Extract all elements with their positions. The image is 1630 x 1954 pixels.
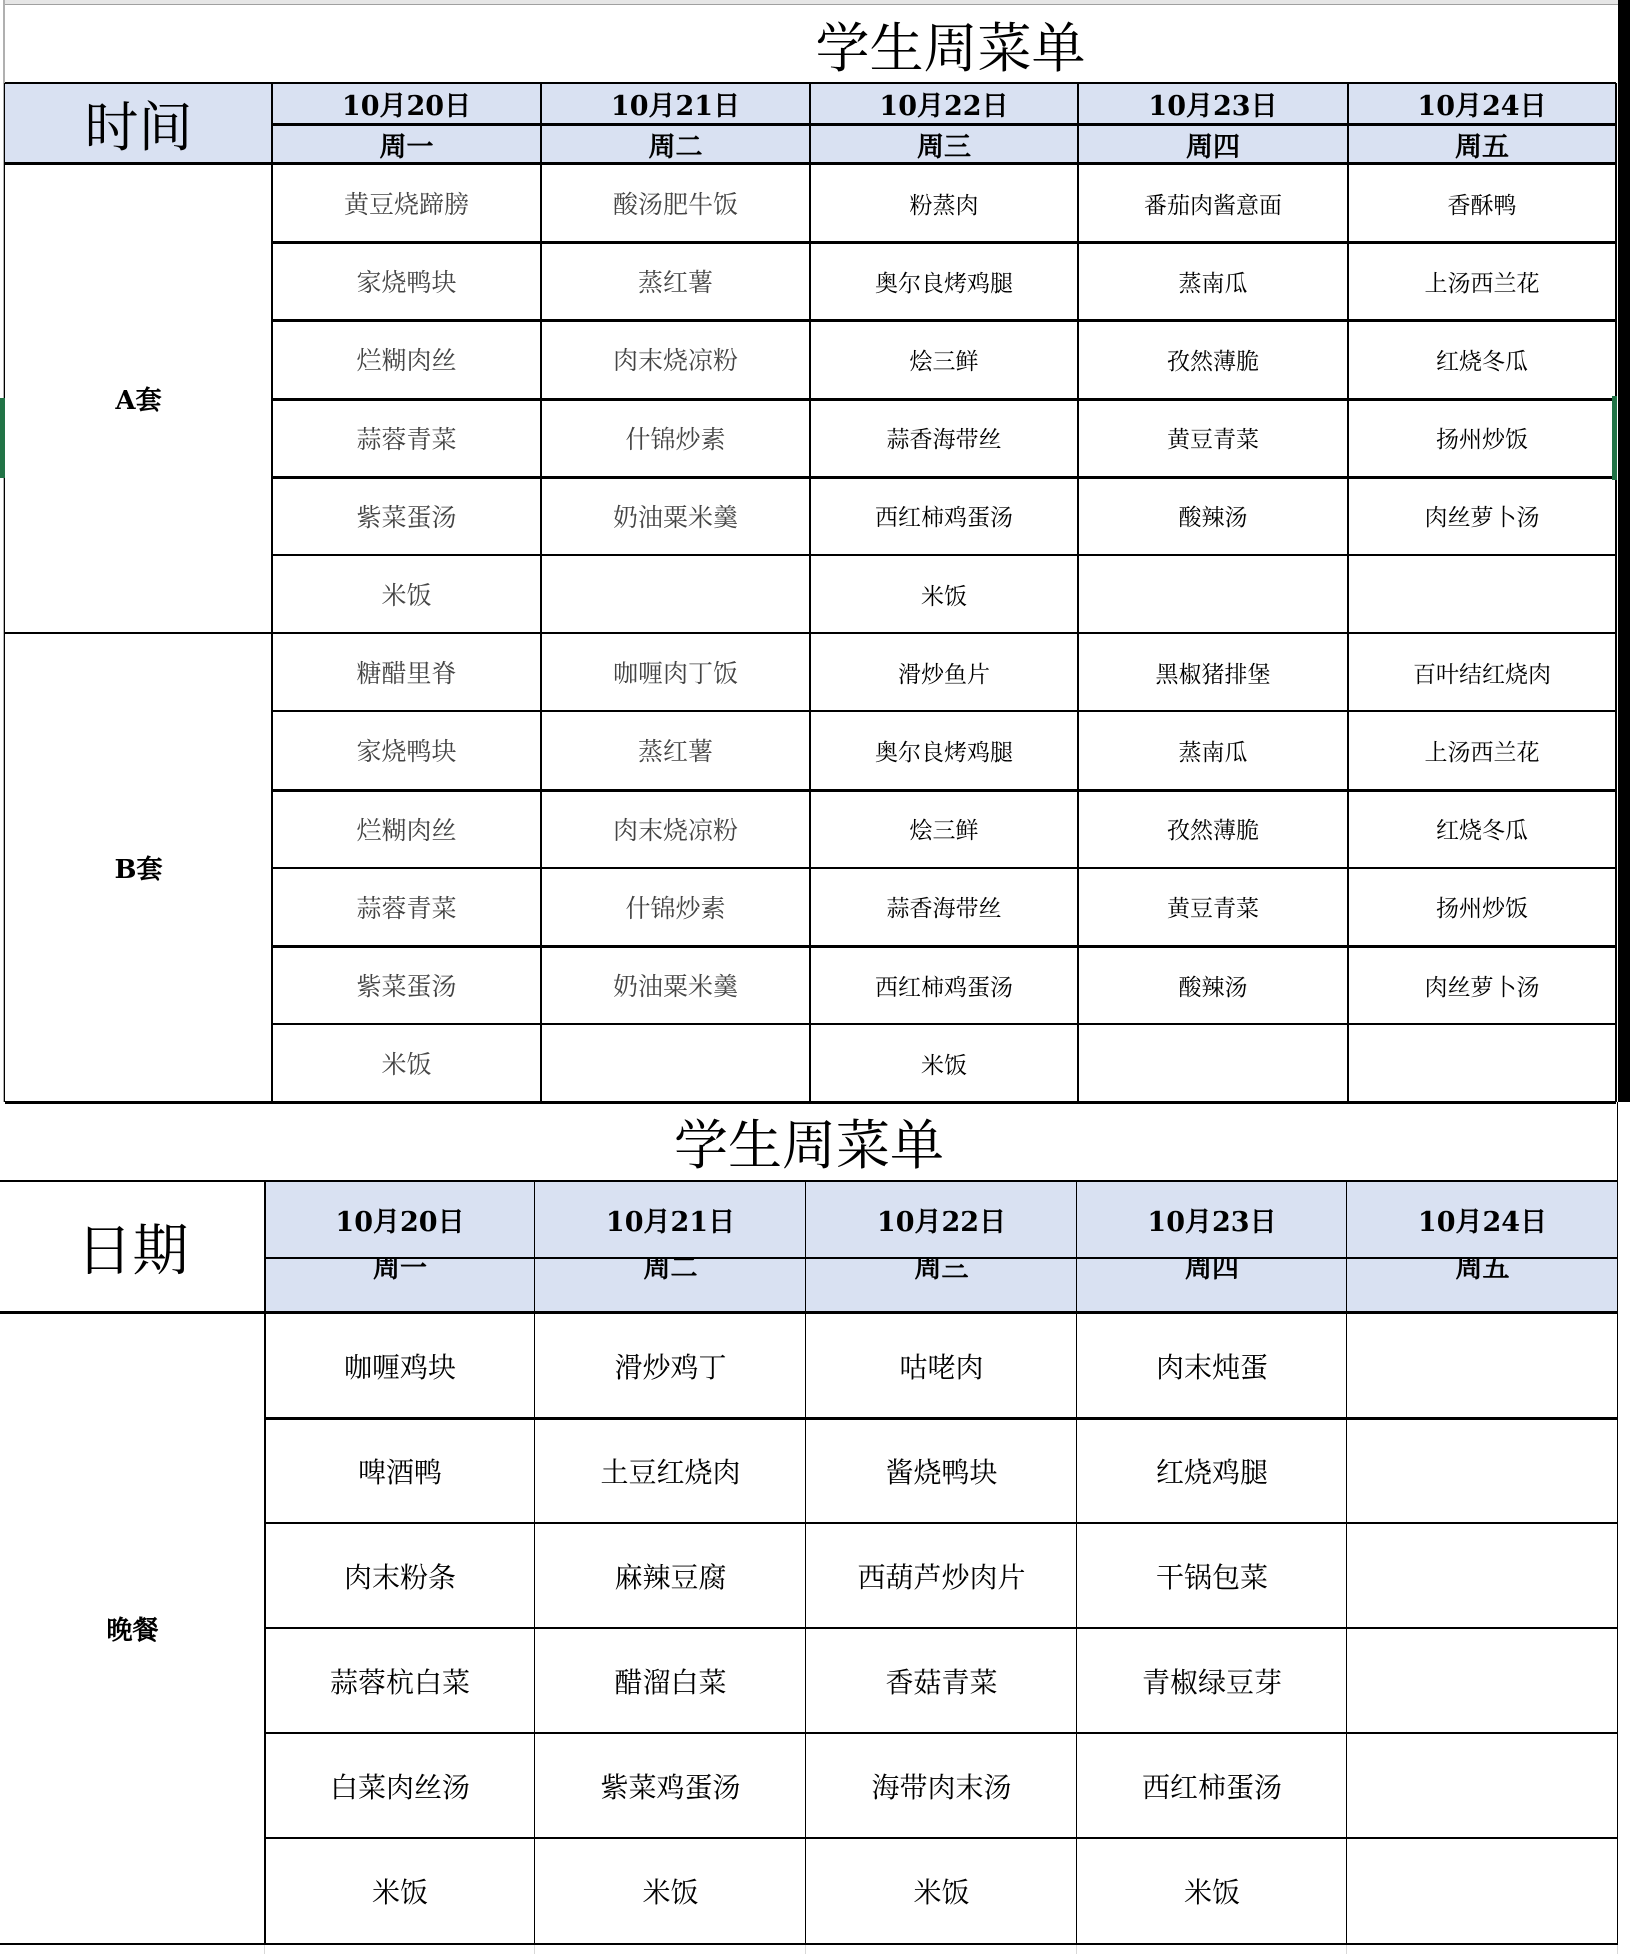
- date-header: 10月23日: [1077, 1180, 1347, 1258]
- menu-cell[interactable]: 蒜香海带丝: [810, 868, 1078, 946]
- menu-cell[interactable]: 烩三鲜: [810, 320, 1078, 398]
- menu-cell[interactable]: 肉末炖蛋: [1077, 1313, 1347, 1418]
- menu-cell[interactable]: 酸辣汤: [1078, 946, 1348, 1024]
- grid-line: [265, 1522, 1618, 1524]
- menu-cell[interactable]: [1078, 555, 1348, 633]
- weekday-header: 周一: [272, 124, 541, 164]
- weekday-label: 周五: [1456, 1258, 1510, 1285]
- menu-cell[interactable]: 麻辣豆腐: [535, 1523, 806, 1628]
- grid-line: [1077, 83, 1079, 1102]
- menu-cell[interactable]: 孜然薄脆: [1078, 320, 1348, 398]
- menu-cell[interactable]: 家烧鸭块: [272, 711, 541, 789]
- menu-cell[interactable]: 香菇青菜: [806, 1628, 1077, 1733]
- menu-cell[interactable]: 米饭: [272, 1024, 541, 1102]
- menu-cell[interactable]: 米饭: [535, 1838, 806, 1943]
- weekday-header: 周一: [265, 1258, 535, 1313]
- menu-cell[interactable]: 蒜蓉杭白菜: [265, 1628, 535, 1733]
- menu-cell[interactable]: [1347, 1838, 1618, 1943]
- menu-cell[interactable]: 肉末粉条: [265, 1523, 535, 1628]
- grid-line: [272, 319, 1616, 322]
- menu-cell[interactable]: 什锦炒素: [541, 399, 810, 477]
- weekday-header: 周五: [1347, 1258, 1618, 1313]
- grid-line: [1615, 83, 1617, 1102]
- menu-cell[interactable]: [1347, 1313, 1618, 1418]
- grid-line: [265, 1257, 1618, 1259]
- menu-cell[interactable]: 紫菜蛋汤: [272, 946, 541, 1024]
- date-header: 10月21日: [535, 1180, 806, 1258]
- menu-cell[interactable]: 糖醋里脊: [272, 633, 541, 711]
- menu-cell[interactable]: 番茄肉酱意面: [1078, 164, 1348, 242]
- menu-cell[interactable]: 海带肉末汤: [806, 1733, 1077, 1838]
- menu-cell[interactable]: 西葫芦炒肉片: [806, 1523, 1077, 1628]
- date-header-cell: 日期: [0, 1180, 265, 1313]
- menu-cell[interactable]: 烩三鲜: [810, 790, 1078, 868]
- menu-cell[interactable]: 烂糊肉丝: [272, 790, 541, 868]
- menu-cell[interactable]: 滑炒鸡丁: [535, 1313, 806, 1418]
- menu-cell[interactable]: 蒸红薯: [541, 242, 810, 320]
- menu-cell[interactable]: 奥尔良烤鸡腿: [810, 711, 1078, 789]
- grid-line: [272, 554, 1616, 556]
- menu-cell[interactable]: 上汤西兰花: [1348, 242, 1616, 320]
- menu-cell[interactable]: 啤酒鸭: [265, 1418, 535, 1523]
- grid-line: [272, 710, 1616, 712]
- menu-cell[interactable]: 米饭: [265, 1838, 535, 1943]
- grid-line: [1346, 1180, 1347, 1943]
- weekday-label: 周一: [373, 1258, 427, 1285]
- date-header: 10月20日: [265, 1180, 535, 1258]
- menu-cell[interactable]: 酸辣汤: [1078, 477, 1348, 555]
- grid-line: [1346, 1945, 1347, 1954]
- menu-cell[interactable]: 蒸红薯: [541, 711, 810, 789]
- grid-line: [264, 1180, 266, 1943]
- grid-line: [540, 83, 542, 1102]
- menu-cell[interactable]: 咕咾肉: [806, 1313, 1077, 1418]
- window-edge: [1618, 0, 1630, 1102]
- weekday-header: 周四: [1078, 124, 1348, 164]
- menu-cell[interactable]: 蒸南瓜: [1078, 242, 1348, 320]
- menu-cell[interactable]: 醋溜白菜: [535, 1628, 806, 1733]
- grid-line: [272, 476, 1616, 479]
- date-header: 10月22日: [810, 83, 1078, 124]
- grid-line: [272, 945, 1616, 948]
- menu-cell[interactable]: 蒜蓉青菜: [272, 399, 541, 477]
- grid-line: [272, 1023, 1616, 1025]
- date-header: 10月24日: [1347, 1180, 1618, 1258]
- weekday-label: 周四: [1185, 1258, 1239, 1285]
- menu-cell[interactable]: 西红柿鸡蛋汤: [810, 477, 1078, 555]
- menu-cell[interactable]: [1348, 1024, 1616, 1102]
- grid-line: [272, 123, 1616, 126]
- grid-line: [1617, 1945, 1618, 1954]
- menu-cell[interactable]: 红烧鸡腿: [1077, 1418, 1347, 1523]
- menu-cell[interactable]: 咖喱肉丁饭: [541, 633, 810, 711]
- menu-cell[interactable]: [541, 555, 810, 633]
- grid-line: [0, 1180, 1618, 1182]
- grid-line: [534, 1180, 535, 1943]
- grid-line: [272, 398, 1616, 401]
- grid-line: [1076, 1180, 1077, 1943]
- weekday-header: 周二: [535, 1258, 806, 1313]
- grid-line: [272, 867, 1616, 869]
- menu-cell[interactable]: 奶油粟米羹: [541, 946, 810, 1024]
- menu-cell[interactable]: 干锅包菜: [1077, 1523, 1347, 1628]
- grid-line: [809, 83, 811, 1102]
- menu-cell[interactable]: 扬州炒饭: [1348, 399, 1616, 477]
- menu-cell[interactable]: 黄豆青菜: [1078, 399, 1348, 477]
- date-header: 10月20日: [272, 83, 541, 124]
- menu-cell[interactable]: 西红柿蛋汤: [1077, 1733, 1347, 1838]
- grid-line: [264, 1945, 265, 1954]
- weekday-label: 周三: [915, 1258, 969, 1285]
- date-header: 10月23日: [1078, 83, 1348, 124]
- menu-cell[interactable]: 黄豆青菜: [1078, 868, 1348, 946]
- grid-line: [272, 789, 1616, 792]
- weekday-header: 周三: [806, 1258, 1077, 1313]
- menu-cell[interactable]: 肉末烧凉粉: [541, 320, 810, 398]
- menu-cell[interactable]: 黄豆烧蹄膀: [272, 164, 541, 242]
- menu-cell[interactable]: 米饭: [806, 1838, 1077, 1943]
- selected-cell-border: [1612, 396, 1617, 480]
- grid-line: [265, 1732, 1618, 1734]
- menu-cell[interactable]: 紫菜蛋汤: [272, 477, 541, 555]
- menu-cell[interactable]: 肉末烧凉粉: [541, 790, 810, 868]
- grid-line: [272, 241, 1616, 244]
- time-header-cell: 时间: [5, 83, 272, 164]
- menu-cell[interactable]: 香酥鸭: [1348, 164, 1616, 242]
- menu-cell[interactable]: 奥尔良烤鸡腿: [810, 242, 1078, 320]
- menu-cell[interactable]: 酸汤肥牛饭: [541, 164, 810, 242]
- menu-cell[interactable]: 家烧鸭块: [272, 242, 541, 320]
- menu-cell[interactable]: 青椒绿豆芽: [1077, 1628, 1347, 1733]
- menu-cell[interactable]: 酱烧鸭块: [806, 1418, 1077, 1523]
- menu-cell[interactable]: 肉丝萝卜汤: [1348, 477, 1616, 555]
- grid-line: [1076, 1945, 1077, 1954]
- menu-cell[interactable]: 西红柿鸡蛋汤: [810, 946, 1078, 1024]
- menu-cell[interactable]: [1347, 1523, 1618, 1628]
- menu-cell[interactable]: 上汤西兰花: [1348, 711, 1616, 789]
- menu-cell[interactable]: 米饭: [1077, 1838, 1347, 1943]
- grid-line: [271, 83, 273, 1102]
- menu-cell[interactable]: 百叶结红烧肉: [1348, 633, 1616, 711]
- grid-line: [265, 1417, 1618, 1420]
- menu-cell[interactable]: 米饭: [810, 555, 1078, 633]
- grid-line: [1617, 1102, 1618, 1943]
- menu-cell[interactable]: 咖喱鸡块: [265, 1313, 535, 1418]
- menu-cell[interactable]: 红烧冬瓜: [1348, 320, 1616, 398]
- menu-cell[interactable]: 蒸南瓜: [1078, 711, 1348, 789]
- menu-cell[interactable]: 蒜蓉青菜: [272, 868, 541, 946]
- menu-cell[interactable]: 滑炒鱼片: [810, 633, 1078, 711]
- grid-line: [265, 1627, 1618, 1629]
- menu-cell[interactable]: 烂糊肉丝: [272, 320, 541, 398]
- menu-cell[interactable]: 黑椒猪排堡: [1078, 633, 1348, 711]
- meal-set-label: B套: [5, 633, 272, 1102]
- grid-line: [805, 1945, 806, 1954]
- menu-cell[interactable]: 米饭: [272, 555, 541, 633]
- menu-cell[interactable]: 红烧冬瓜: [1348, 790, 1616, 868]
- menu-cell[interactable]: 蒜香海带丝: [810, 399, 1078, 477]
- grid-line: [265, 1837, 1618, 1839]
- grid-line: [0, 1311, 1618, 1314]
- menu-cell[interactable]: [1078, 1024, 1348, 1102]
- grid-line: [0, 1943, 1618, 1945]
- table2-title: 学生周菜单: [0, 1102, 1618, 1180]
- weekday-header: 周二: [541, 124, 810, 164]
- selected-row-marker: [0, 398, 5, 478]
- meal-label: 晚餐: [0, 1313, 265, 1943]
- menu-cell[interactable]: 白菜肉丝汤: [265, 1733, 535, 1838]
- menu-cell[interactable]: 什锦炒素: [541, 868, 810, 946]
- meal-set-label: A套: [5, 164, 272, 633]
- menu-cell[interactable]: 孜然薄脆: [1078, 790, 1348, 868]
- weekday-header: 周四: [1077, 1258, 1347, 1313]
- menu-cell[interactable]: 粉蒸肉: [810, 164, 1078, 242]
- menu-cell[interactable]: [1347, 1733, 1618, 1838]
- menu-cell[interactable]: 土豆红烧肉: [535, 1418, 806, 1523]
- weekday-header: 周五: [1348, 124, 1616, 164]
- grid-line: [805, 1180, 806, 1943]
- menu-cell[interactable]: [541, 1024, 810, 1102]
- menu-cell[interactable]: 扬州炒饭: [1348, 868, 1616, 946]
- menu-cell[interactable]: [1348, 555, 1616, 633]
- menu-cell[interactable]: 肉丝萝卜汤: [1348, 946, 1616, 1024]
- menu-cell[interactable]: [1347, 1418, 1618, 1523]
- date-header: 10月22日: [806, 1180, 1077, 1258]
- weekday-header: 周三: [810, 124, 1078, 164]
- menu-cell[interactable]: 米饭: [810, 1024, 1078, 1102]
- table1-title: 学生周菜单: [5, 5, 1616, 83]
- grid-line: [534, 1945, 535, 1954]
- weekday-label: 周二: [644, 1258, 698, 1285]
- menu-cell[interactable]: 奶油粟米羹: [541, 477, 810, 555]
- date-header: 10月24日: [1348, 83, 1616, 124]
- menu-cell[interactable]: [1347, 1628, 1618, 1733]
- date-header: 10月21日: [541, 83, 810, 124]
- grid-line: [1347, 83, 1349, 1102]
- grid-line: [4, 83, 5, 1102]
- menu-cell[interactable]: 紫菜鸡蛋汤: [535, 1733, 806, 1838]
